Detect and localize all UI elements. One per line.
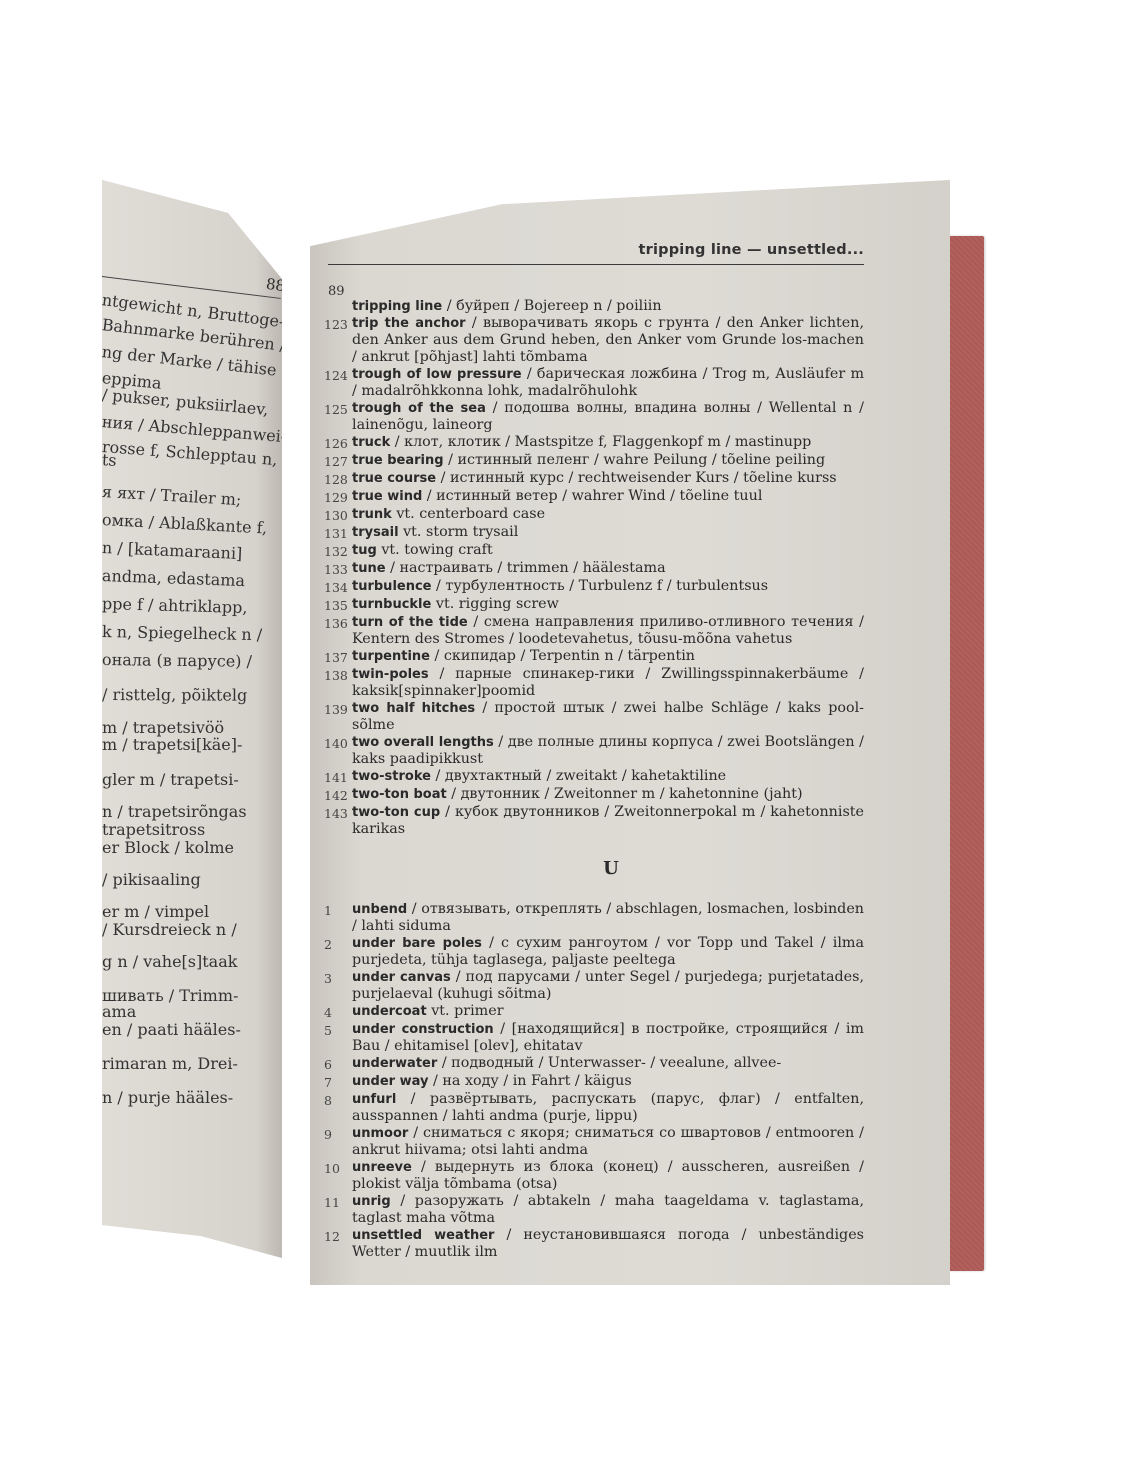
left-page-line: n / purje hääles- xyxy=(102,1088,233,1107)
running-head: tripping line — unsettled... xyxy=(638,242,864,258)
dictionary-entry: 125trough of the sea / подошва волны, вп… xyxy=(324,400,864,434)
entry-text: two half hitches / простой штык / zwei h… xyxy=(352,700,864,734)
entry-headword: under way xyxy=(352,1074,428,1089)
entry-number: 12 xyxy=(324,1227,352,1261)
dictionary-entry: 139two half hitches / простой штык / zwe… xyxy=(324,700,864,734)
entry-translations: vt. storm trysail xyxy=(399,524,519,540)
dictionary-entry: 126truck / клот, клотик / Mastspitze f, … xyxy=(324,434,864,452)
entry-headword: tune xyxy=(352,561,386,576)
entry-headword: unsettled weather xyxy=(352,1228,494,1243)
dictionary-entry: 4undercoat vt. primer xyxy=(324,1003,864,1021)
entry-number: 124 xyxy=(324,366,352,400)
dictionary-entry: 10unreeve / выдернуть из блока (конец) /… xyxy=(324,1159,864,1193)
entry-headword: undercoat xyxy=(352,1004,427,1019)
entry-translations: / истинный ветер / wahrer Wind / tõeline… xyxy=(422,488,762,504)
entry-translations: / двухтактный / zweitakt / kahetaktiline xyxy=(431,768,726,784)
section-t-entries: tripping line / буйреп / Bojereep n / po… xyxy=(324,298,864,838)
entry-translations: / развёртывать, распускать (парус, флаг)… xyxy=(352,1091,864,1124)
left-page-line: онала (в парусе) / xyxy=(102,650,252,671)
entry-number: 141 xyxy=(324,768,352,786)
left-page-line: омка / Ablaßkante f, xyxy=(102,510,268,537)
dictionary-entry: 138twin-poles / парные спинакер-гики / Z… xyxy=(324,666,864,700)
entry-number: 1 xyxy=(324,901,352,935)
left-page-number: 88 xyxy=(265,275,282,295)
entry-headword: turn of the tide xyxy=(352,615,468,630)
left-page-line: я яхт / Trailer m; xyxy=(102,482,242,509)
entry-number: 127 xyxy=(324,452,352,470)
entry-translations: / двутонник / Zweitonner m / kahetonnine… xyxy=(447,786,803,802)
left-page-line: ama xyxy=(102,1002,136,1021)
entry-headword: unbend xyxy=(352,902,407,917)
dictionary-entry: 7under way / на ходу / in Fahrt / käigus xyxy=(324,1073,864,1091)
entry-translations: / истинный курс / rechtweisender Kurs / … xyxy=(436,470,837,486)
entry-text: turnbuckle vt. rigging screw xyxy=(352,596,864,614)
entry-text: unrig / разоружать / abtakeln / maha taa… xyxy=(352,1193,864,1227)
dictionary-entry: 133tune / настраивать / trimmen / hääles… xyxy=(324,560,864,578)
dictionary-entry: 127true bearing / истинный пеленг / wahr… xyxy=(324,452,864,470)
entry-text: unreeve / выдернуть из блока (конец) / a… xyxy=(352,1159,864,1193)
dictionary-entries: tripping line / буйреп / Bojereep n / po… xyxy=(324,298,864,1261)
entry-headword: truck xyxy=(352,435,390,450)
left-page-line: er Block / kolme xyxy=(102,838,234,857)
entry-headword: tripping line xyxy=(352,299,442,314)
entry-number: 7 xyxy=(324,1073,352,1091)
entry-number: 143 xyxy=(324,804,352,838)
dictionary-entry: 3under canvas / под парусами / unter Seg… xyxy=(324,969,864,1003)
dictionary-entry: 124trough of low pressure / барическая л… xyxy=(324,366,864,400)
entry-text: unbend / отвязывать, откреплять / abschl… xyxy=(352,901,864,935)
entry-text: tug vt. towing craft xyxy=(352,542,864,560)
dictionary-entry: 143two-ton cup / кубок двутонников / Zwe… xyxy=(324,804,864,838)
dictionary-entry: 140two overall lengths / две полные длин… xyxy=(324,734,864,768)
entry-text: truck / клот, клотик / Mastspitze f, Fla… xyxy=(352,434,864,452)
dictionary-entry: 134turbulence / турбулентность / Turbule… xyxy=(324,578,864,596)
left-page-line: andma, edastama xyxy=(102,566,245,590)
entry-text: twin-poles / парные спинакер-гики / Zwil… xyxy=(352,666,864,700)
left-page-line: er m / vimpel xyxy=(102,902,209,921)
entry-text: undercoat vt. primer xyxy=(352,1003,864,1021)
entry-number: 11 xyxy=(324,1193,352,1227)
entry-text: under bare poles / с сухим рангоутом / v… xyxy=(352,935,864,969)
entry-headword: two-ton boat xyxy=(352,787,447,802)
entry-text: two-stroke / двухтактный / zweitakt / ka… xyxy=(352,768,864,786)
entry-number: 133 xyxy=(324,560,352,578)
entry-translations: / настраивать / trimmen / häälestama xyxy=(386,560,666,576)
entry-number: 139 xyxy=(324,700,352,734)
entry-translations: / клот, клотик / Mastspitze f, Flaggenko… xyxy=(390,434,811,450)
dictionary-entry: 12unsettled weather / неустановившаяся п… xyxy=(324,1227,864,1261)
dictionary-entry: 136turn of the tide / смена направления … xyxy=(324,614,864,648)
entry-number: 4 xyxy=(324,1003,352,1021)
section-u-entries: 1unbend / отвязывать, откреплять / absch… xyxy=(324,901,864,1261)
entry-headword: under construction xyxy=(352,1022,494,1037)
dictionary-entry: 6underwater / подводный / Unterwasser- /… xyxy=(324,1055,864,1073)
entry-translations: / истинный пеленг / wahre Peilung / tõel… xyxy=(444,452,826,468)
left-page-line: trapetsitross xyxy=(102,820,205,839)
entry-number: 123 xyxy=(324,315,352,366)
section-letter-heading: U xyxy=(324,858,864,879)
entry-headword: underwater xyxy=(352,1056,437,1071)
entry-text: tripping line / буйреп / Bojereep n / po… xyxy=(352,298,864,315)
dictionary-entry: 135turnbuckle vt. rigging screw xyxy=(324,596,864,614)
header-rule xyxy=(328,264,864,265)
entry-translations: / разоружать / abtakeln / maha taageldam… xyxy=(352,1193,864,1226)
entry-number: 131 xyxy=(324,524,352,542)
entry-text: trough of low pressure / барическая ложб… xyxy=(352,366,864,400)
entry-number xyxy=(324,298,352,315)
entry-headword: true course xyxy=(352,471,436,486)
entry-translations: / турбулентность / Turbulenz f / turbule… xyxy=(432,578,769,594)
entry-translations: / на ходу / in Fahrt / käigus xyxy=(428,1073,631,1089)
entry-text: trysail vt. storm trysail xyxy=(352,524,864,542)
right-page-number: 89 xyxy=(328,284,345,299)
entry-headword: under bare poles xyxy=(352,936,482,951)
entry-text: trough of the sea / подошва волны, впади… xyxy=(352,400,864,434)
entry-number: 132 xyxy=(324,542,352,560)
entry-headword: turbulence xyxy=(352,579,432,594)
entry-translations: / скипидар / Terpentin n / tärpentin xyxy=(430,648,695,664)
dictionary-entry: 137turpentine / скипидар / Terpentin n /… xyxy=(324,648,864,666)
entry-headword: trip the anchor xyxy=(352,316,466,331)
entry-headword: tug xyxy=(352,543,377,558)
entry-text: true bearing / истинный пеленг / wahre P… xyxy=(352,452,864,470)
entry-text: two-ton cup / кубок двутонников / Zweito… xyxy=(352,804,864,838)
entry-number: 3 xyxy=(324,969,352,1003)
entry-text: trip the anchor / выворачивать якорь с г… xyxy=(352,315,864,366)
entry-headword: two-stroke xyxy=(352,769,431,784)
entry-text: under way / на ходу / in Fahrt / käigus xyxy=(352,1073,864,1091)
entry-text: turpentine / скипидар / Terpentin n / tä… xyxy=(352,648,864,666)
entry-text: trunk vt. centerboard case xyxy=(352,506,864,524)
entry-text: under construction / [находящийся] в пос… xyxy=(352,1021,864,1055)
entry-headword: trysail xyxy=(352,525,399,540)
dictionary-entry: 2under bare poles / с сухим рангоутом / … xyxy=(324,935,864,969)
entry-text: two overall lengths / две полные длины к… xyxy=(352,734,864,768)
entry-number: 134 xyxy=(324,578,352,596)
dictionary-entry: 11unrig / разоружать / abtakeln / maha t… xyxy=(324,1193,864,1227)
dictionary-entry: 129true wind / истинный ветер / wahrer W… xyxy=(324,488,864,506)
entry-number: 126 xyxy=(324,434,352,452)
entry-text: true course / истинный курс / rechtweise… xyxy=(352,470,864,488)
entry-text: unsettled weather / неустановившаяся пог… xyxy=(352,1227,864,1261)
dictionary-entry: 5under construction / [находящийся] в по… xyxy=(324,1021,864,1055)
left-page-line: gler m / trapetsi- xyxy=(102,770,239,789)
entry-number: 125 xyxy=(324,400,352,434)
left-page: 88 ntgewicht n, Bruttoge-Bahnmarke berüh… xyxy=(102,180,282,1280)
dictionary-entry: 1unbend / отвязывать, откреплять / absch… xyxy=(324,901,864,935)
entry-headword: unreeve xyxy=(352,1160,412,1175)
book-cover-edge xyxy=(946,236,984,1271)
entry-number: 2 xyxy=(324,935,352,969)
dictionary-entry: tripping line / буйреп / Bojereep n / po… xyxy=(324,298,864,315)
entry-headword: true wind xyxy=(352,489,422,504)
left-page-line: en / paati hääles- xyxy=(102,1020,241,1039)
entry-headword: unmoor xyxy=(352,1126,408,1141)
entry-number: 136 xyxy=(324,614,352,648)
entry-text: turn of the tide / смена направления при… xyxy=(352,614,864,648)
entry-number: 10 xyxy=(324,1159,352,1193)
entry-number: 140 xyxy=(324,734,352,768)
dictionary-entry: 8unfurl / развёртывать, распускать (пару… xyxy=(324,1091,864,1125)
entry-number: 142 xyxy=(324,786,352,804)
entry-headword: unrig xyxy=(352,1194,391,1209)
entry-headword: two overall lengths xyxy=(352,735,494,750)
entry-text: unfurl / развёртывать, распускать (парус… xyxy=(352,1091,864,1125)
left-page-line: g n / vahe[s]taak xyxy=(102,952,237,971)
right-page: tripping line — unsettled... 89 tripping… xyxy=(310,180,950,1285)
entry-headword: under canvas xyxy=(352,970,451,985)
dictionary-entry: 131trysail vt. storm trysail xyxy=(324,524,864,542)
entry-headword: twin-poles xyxy=(352,667,429,682)
entry-headword: true bearing xyxy=(352,453,444,468)
entry-text: under canvas / под парусами / unter Sege… xyxy=(352,969,864,1003)
entry-headword: two-ton cup xyxy=(352,805,440,820)
entry-text: turbulence / турбулентность / Turbulenz … xyxy=(352,578,864,596)
entry-translations: / подводный / Unterwasser- / veealune, a… xyxy=(437,1055,781,1071)
dictionary-entry: 141two-stroke / двухтактный / zweitakt /… xyxy=(324,768,864,786)
entry-number: 5 xyxy=(324,1021,352,1055)
left-page-line: / Kursdreieck n / xyxy=(102,920,237,939)
entry-translations: / буйреп / Bojereep n / poiliin xyxy=(442,298,661,314)
entry-text: unmoor / сниматься с якоря; сниматься со… xyxy=(352,1125,864,1159)
entry-translations: vt. primer xyxy=(427,1003,504,1019)
left-page-line: n / [katamaraani] xyxy=(102,538,243,563)
dictionary-entry: 132tug vt. towing craft xyxy=(324,542,864,560)
dictionary-entry: 128true course / истинный курс / rechtwe… xyxy=(324,470,864,488)
entry-headword: turpentine xyxy=(352,649,430,664)
left-page-line: m / trapetsi[käe]- xyxy=(102,735,242,754)
entry-headword: two half hitches xyxy=(352,701,475,716)
entry-text: true wind / истинный ветер / wahrer Wind… xyxy=(352,488,864,506)
dictionary-entry: 142two-ton boat / двутонник / Zweitonner… xyxy=(324,786,864,804)
entry-translations: / сниматься с якоря; сниматься со шварто… xyxy=(352,1125,864,1158)
entry-headword: unfurl xyxy=(352,1092,396,1107)
entry-headword: trunk xyxy=(352,507,392,522)
entry-translations: / выдернуть из блока (конец) / ausschere… xyxy=(352,1159,864,1192)
entry-number: 8 xyxy=(324,1091,352,1125)
left-page-line: ppe f / ahtriklapp, xyxy=(102,594,248,617)
entry-number: 135 xyxy=(324,596,352,614)
entry-number: 129 xyxy=(324,488,352,506)
entry-number: 137 xyxy=(324,648,352,666)
left-page-line: rimaran m, Drei- xyxy=(102,1054,238,1073)
left-page-line: ts xyxy=(102,450,117,470)
dictionary-entry: 130trunk vt. centerboard case xyxy=(324,506,864,524)
entry-number: 128 xyxy=(324,470,352,488)
left-page-line: n / trapetsirõngas xyxy=(102,802,247,821)
entry-text: underwater / подводный / Unterwasser- / … xyxy=(352,1055,864,1073)
entry-translations: / отвязывать, откреплять / abschlagen, l… xyxy=(352,901,864,934)
entry-translations: vt. rigging screw xyxy=(431,596,559,612)
entry-headword: trough of the sea xyxy=(352,401,486,416)
entry-number: 130 xyxy=(324,506,352,524)
entry-translations: / парные спинакер-гики / Zwillingsspinna… xyxy=(352,666,864,699)
entry-number: 6 xyxy=(324,1055,352,1073)
entry-translations: vt. towing craft xyxy=(377,542,493,558)
entry-text: two-ton boat / двутонник / Zweitonner m … xyxy=(352,786,864,804)
entry-headword: turnbuckle xyxy=(352,597,431,612)
entry-text: tune / настраивать / trimmen / häälestam… xyxy=(352,560,864,578)
entry-number: 138 xyxy=(324,666,352,700)
left-page-line: / pikisaaling xyxy=(102,870,201,889)
dictionary-entry: 9unmoor / сниматься с якоря; сниматься с… xyxy=(324,1125,864,1159)
left-page-line: k n, Spiegelheck n / xyxy=(102,622,262,644)
entry-number: 9 xyxy=(324,1125,352,1159)
entry-headword: trough of low pressure xyxy=(352,367,522,382)
left-page-line: / risttelg, põiktelg xyxy=(102,685,247,705)
dictionary-entry: 123trip the anchor / выворачивать якорь … xyxy=(324,315,864,366)
entry-translations: vt. centerboard case xyxy=(392,506,545,522)
